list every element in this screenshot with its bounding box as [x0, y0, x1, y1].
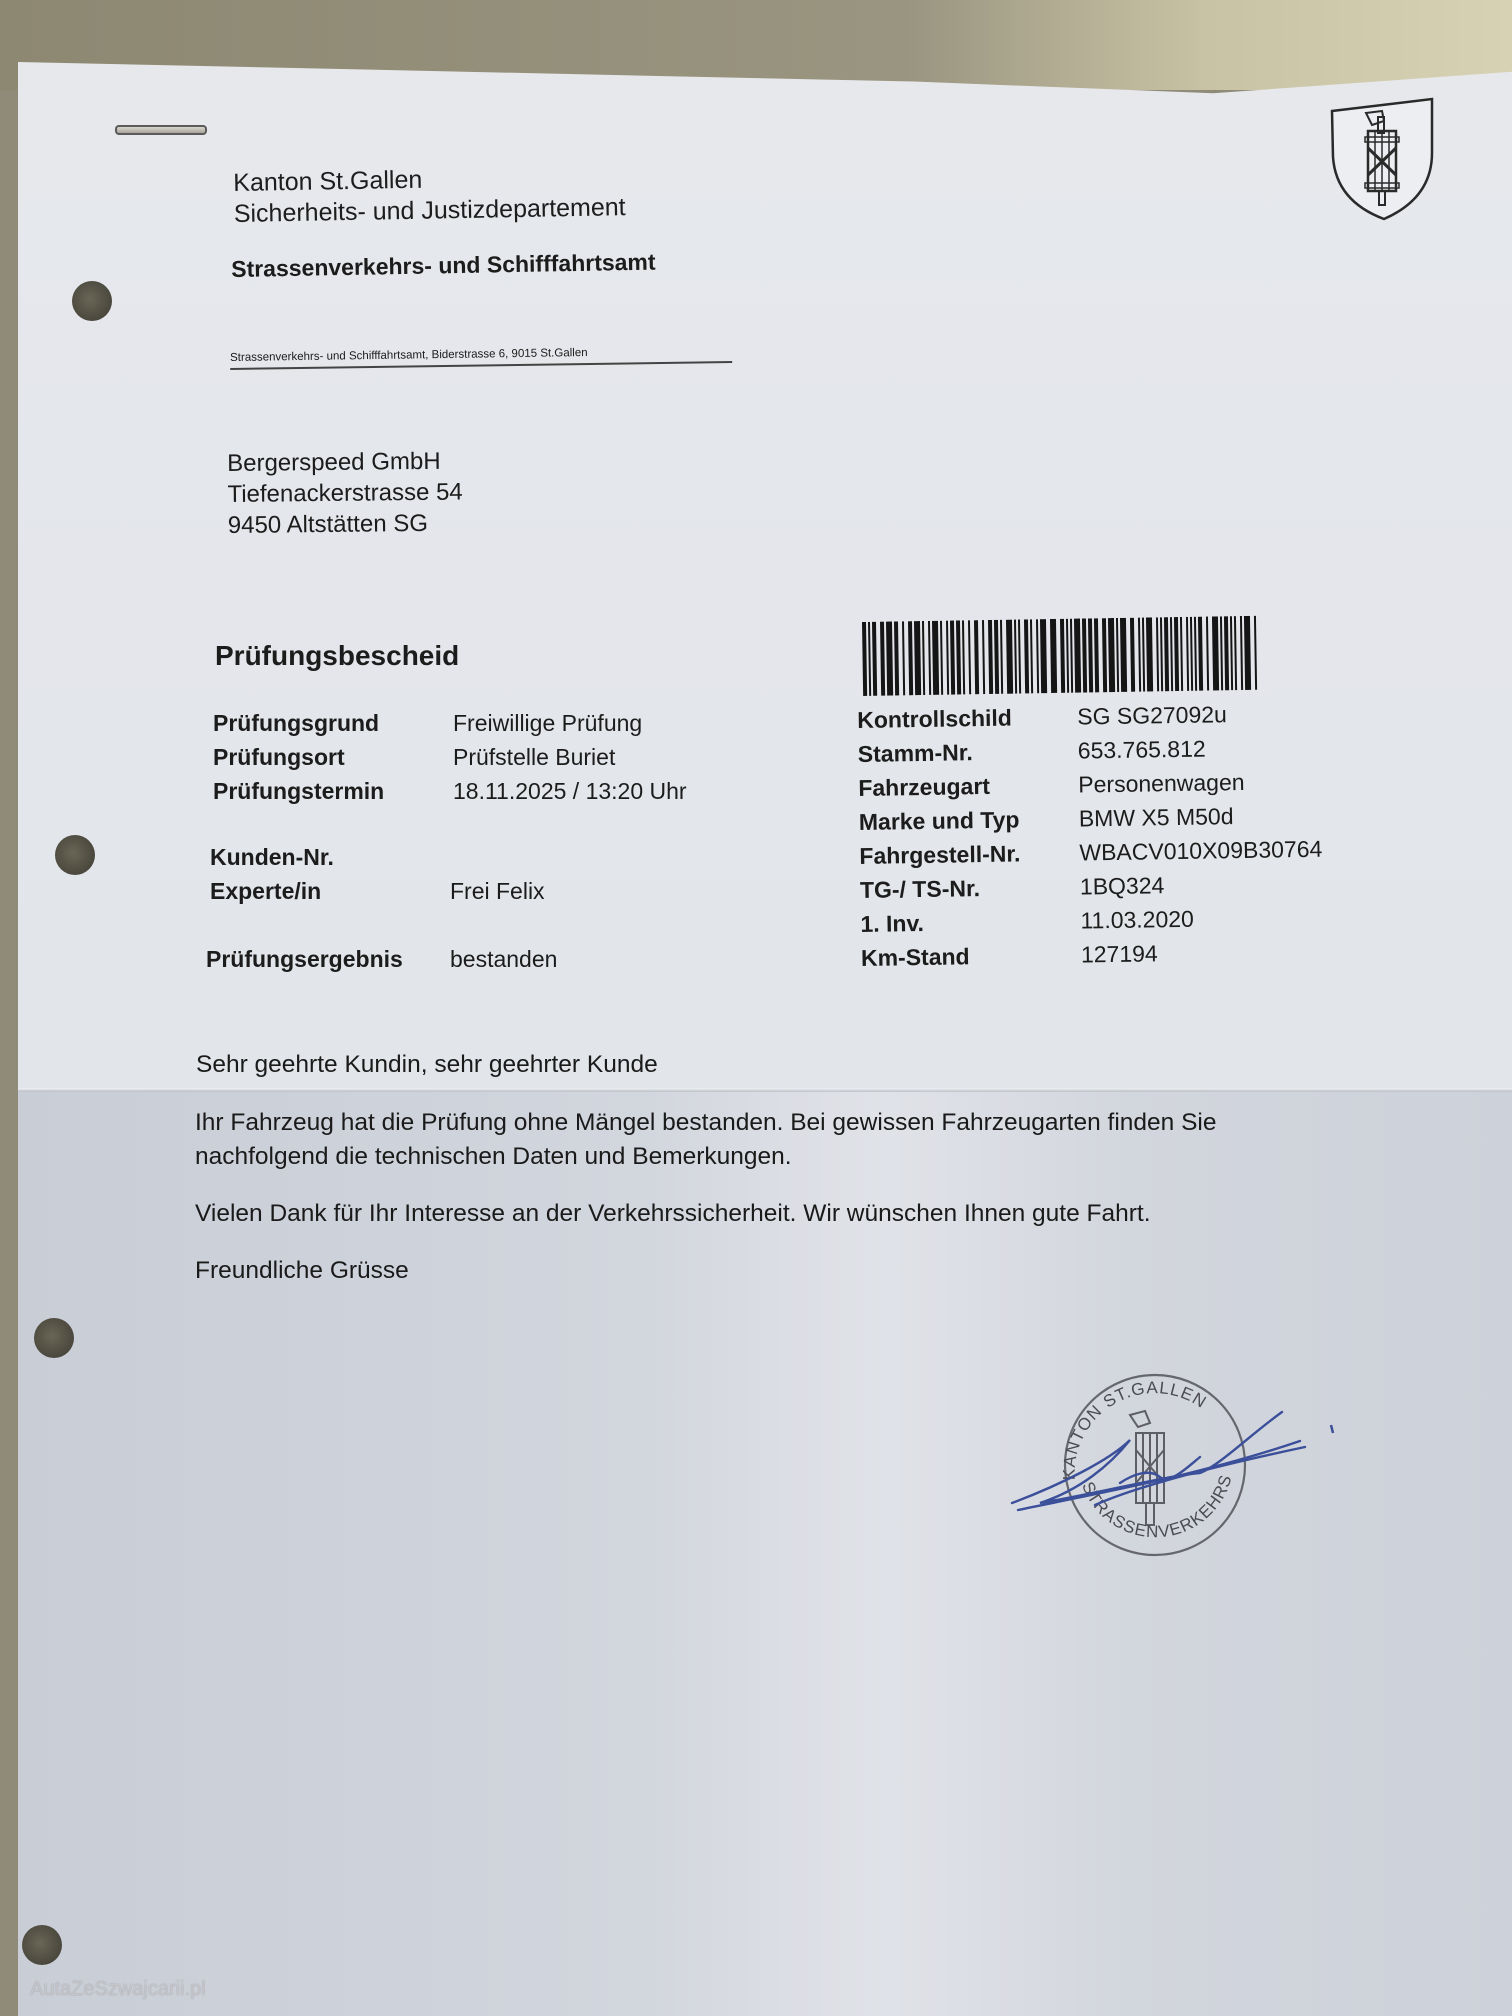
punch-hole	[34, 1318, 74, 1358]
exam-label: Prüfungsort	[213, 740, 453, 774]
exam-label: Prüfungsgrund	[213, 706, 453, 740]
exam-value: Freiwillige Prüfung	[453, 710, 642, 736]
customer-info: Kunden-Nr. Experte/inFrei Felix	[210, 840, 545, 908]
recipient-name: Bergerspeed GmbH	[227, 446, 463, 479]
vehicle-label: Marke und Typ	[859, 802, 1080, 839]
vehicle-label: Kontrollschild	[857, 700, 1078, 737]
st-gallen-crest-icon	[1328, 93, 1438, 228]
vehicle-value: 11.03.2020	[1080, 906, 1194, 934]
vehicle-value: 1BQ324	[1080, 872, 1165, 899]
vehicle-value: 653.765.812	[1078, 736, 1206, 764]
exam-row: Prüfungsergebnisbestanden	[206, 942, 557, 976]
official-stamp: KANTON ST.GALLEN STRASSENVERKEHRSAMT	[1000, 1365, 1360, 1570]
result-info: Prüfungsergebnisbestanden	[206, 942, 557, 976]
vehicle-info: KontrollschildSG SG27092u Stamm-Nr.653.7…	[857, 696, 1324, 975]
vehicle-label: Stamm-Nr.	[858, 734, 1079, 771]
signature	[1012, 1412, 1305, 1510]
vehicle-value: Personenwagen	[1078, 769, 1245, 798]
letterhead: Kanton St.Gallen Sicherheits- und Justiz…	[233, 161, 626, 230]
punch-hole	[72, 281, 112, 321]
paragraph-1-line-1: Ihr Fahrzeug hat die Prüfung ohne Mängel…	[195, 1106, 1217, 1140]
paragraph-1-line-2: nachfolgend die technischen Daten und Be…	[195, 1140, 1217, 1174]
exam-row: Kunden-Nr.	[210, 840, 545, 874]
vehicle-row: Fahrgestell-Nr.WBACV010X09B30764	[859, 832, 1322, 873]
closing: Freundliche Grüsse	[195, 1254, 409, 1288]
barcode	[860, 616, 1263, 705]
exam-value: Prüfstelle Buriet	[453, 744, 615, 770]
paragraph-2: Vielen Dank für Ihr Interesse an der Ver…	[195, 1197, 1151, 1231]
exam-info: PrüfungsgrundFreiwillige Prüfung Prüfung…	[213, 706, 687, 808]
exam-label: Kunden-Nr.	[210, 840, 450, 874]
vehicle-label: TG-/ TS-Nr.	[860, 870, 1081, 907]
exam-label: Experte/in	[210, 874, 450, 908]
exam-result-value: bestanden	[450, 946, 557, 972]
punch-hole	[55, 835, 95, 875]
recipient-address: Bergerspeed GmbH Tiefenackerstrasse 54 9…	[227, 446, 463, 541]
exam-label: Prüfungstermin	[213, 774, 453, 808]
vehicle-label: Fahrgestell-Nr.	[859, 836, 1080, 873]
exam-row: PrüfungsgrundFreiwillige Prüfung	[213, 706, 687, 740]
stamp-top-text: KANTON ST.GALLEN	[1060, 1378, 1210, 1480]
staple	[115, 125, 207, 135]
vehicle-value: WBACV010X09B30764	[1079, 836, 1322, 866]
exam-value: Frei Felix	[450, 878, 545, 904]
salutation: Sehr geehrte Kundin, sehr geehrter Kunde	[196, 1048, 658, 1082]
vehicle-label: 1. Inv.	[860, 904, 1081, 941]
svg-text:KANTON ST.GALLEN: KANTON ST.GALLEN	[1060, 1378, 1210, 1480]
vehicle-row: Km-Stand127194	[861, 934, 1324, 975]
paragraph-1: Ihr Fahrzeug hat die Prüfung ohne Mängel…	[195, 1106, 1217, 1174]
fasces-icon	[1130, 1411, 1164, 1525]
exam-row: PrüfungsortPrüfstelle Buriet	[213, 740, 687, 774]
document-title: Prüfungsbescheid	[215, 640, 459, 672]
punch-hole	[22, 1925, 62, 1965]
exam-label: Prüfungsergebnis	[206, 942, 450, 976]
recipient-street: Tiefenackerstrasse 54	[227, 477, 463, 510]
exam-row: Experte/inFrei Felix	[210, 874, 545, 908]
vehicle-value: SG SG27092u	[1077, 701, 1227, 729]
watermark: AutaZeSzwajcarii.pl	[30, 1978, 206, 2001]
exam-value: 18.11.2025 / 13:20 Uhr	[453, 778, 687, 804]
recipient-city: 9450 Altstätten SG	[228, 508, 464, 541]
exam-row: Prüfungstermin18.11.2025 / 13:20 Uhr	[213, 774, 687, 808]
vehicle-label: Fahrzeugart	[858, 768, 1079, 805]
vehicle-value: 127194	[1081, 940, 1158, 967]
fold-line	[18, 1088, 1512, 1092]
vehicle-value: BMW X5 M50d	[1079, 803, 1234, 831]
vehicle-label: Km-Stand	[861, 938, 1082, 975]
